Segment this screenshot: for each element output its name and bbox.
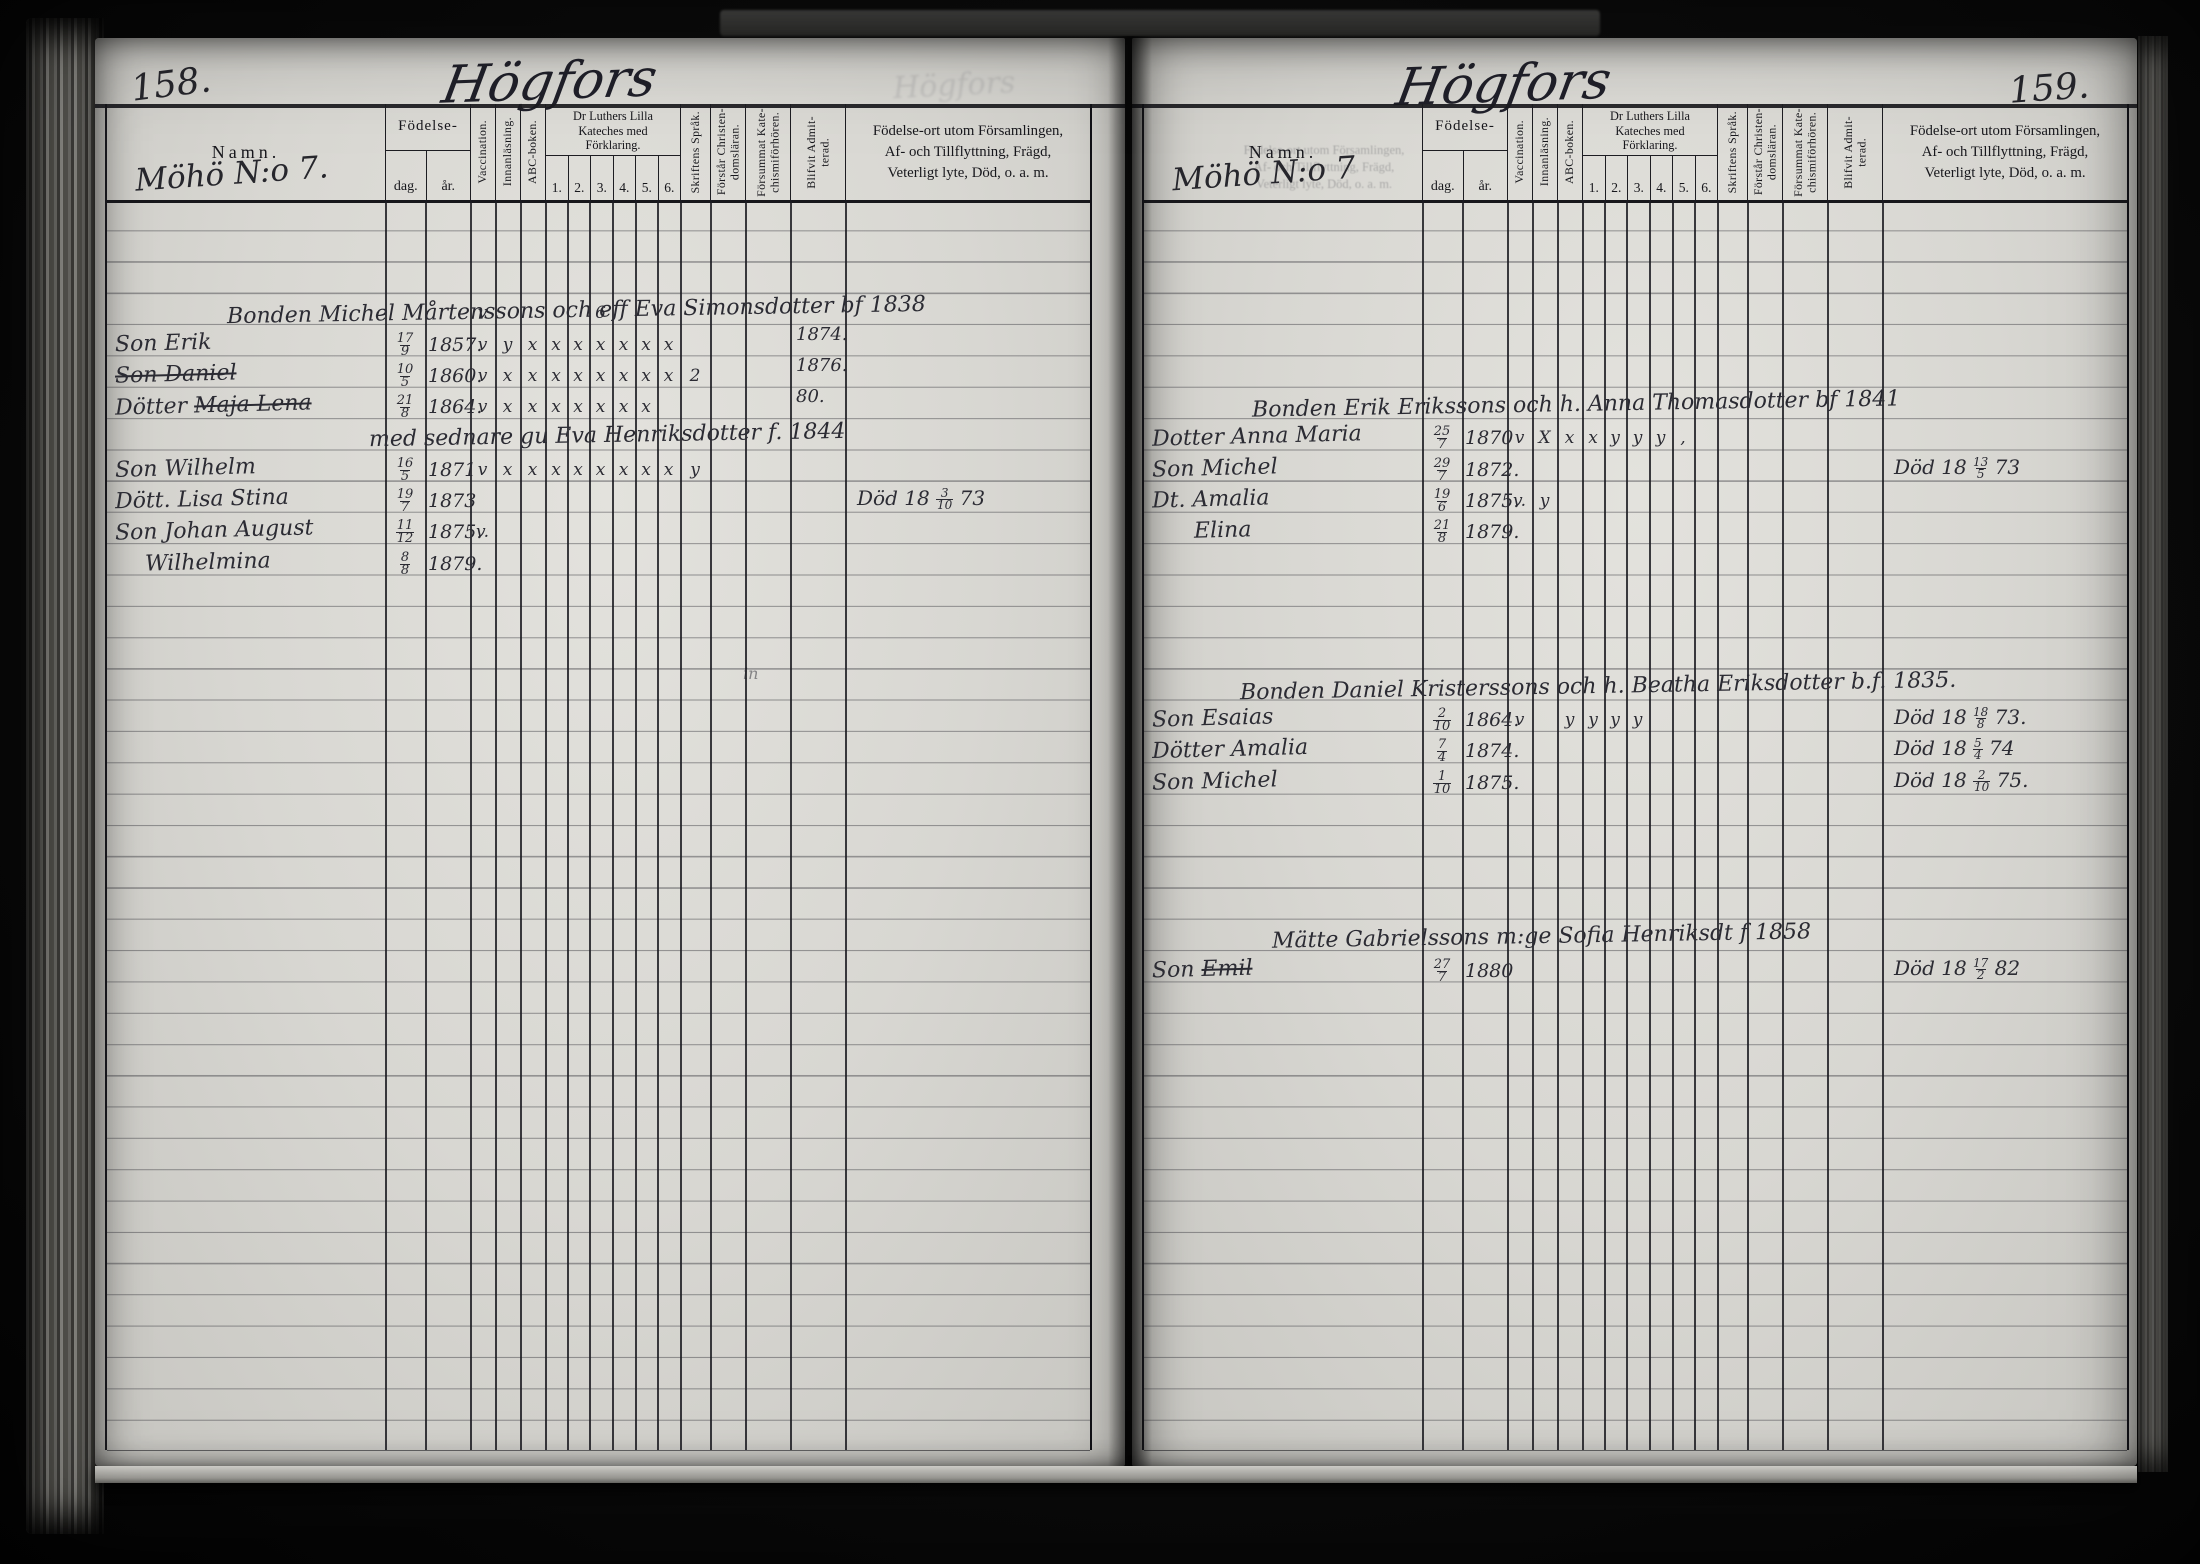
birth-year-entry: 1871 <box>428 459 473 481</box>
catechism-col: 6. <box>1695 156 1718 200</box>
book-spine-page-edges <box>26 18 104 1534</box>
birth-day-entry: 105 <box>385 364 425 389</box>
catechism-col: 3. <box>590 156 613 200</box>
column-rule <box>589 200 591 1450</box>
family-header-entry: med sednare gu Eva Henriksdotter f. 1844 <box>369 419 846 452</box>
person-name-entry: Son Esaias <box>1152 705 1274 733</box>
column-rule <box>1717 200 1719 1450</box>
col-header-admitted: Blifvit Admit- terad. <box>1827 104 1882 200</box>
date-fraction: 172 <box>1973 958 1988 981</box>
catechism-title: Dr Luthers Lilla Kateches med Förklaring… <box>1583 104 1717 156</box>
book-gutter-shadow <box>1108 36 1152 1468</box>
date-fraction: 179 <box>397 333 414 358</box>
remarks-line: Veterligt lyte, Död, o. a. m. <box>1924 163 2085 184</box>
death-note: Död 18 188 73. <box>1894 705 2027 730</box>
column-rule <box>635 200 637 1450</box>
grade-mark: x <box>567 460 589 480</box>
grade-mark: x <box>495 397 520 417</box>
col-header-remarks: Födelse-ort utom Församlingen,Af- och Ti… <box>1882 104 2127 200</box>
column-rule <box>495 200 497 1450</box>
catechism-col: 2. <box>568 156 591 200</box>
catechism-subcols: 1.2.3.4.5.6. <box>1583 156 1717 200</box>
catechism-col: 1. <box>546 156 568 200</box>
birth-year-entry: 1879. <box>1465 521 1510 543</box>
page-left: 158. Högfors Högfors Möhö N:o 7. in Namn… <box>95 38 1125 1466</box>
date-fraction: 188 <box>1973 707 1988 730</box>
date-fraction: 257 <box>1434 426 1451 451</box>
death-note: Död 18 310 73 <box>857 486 985 511</box>
catechism-col: 4. <box>1650 156 1673 200</box>
birth-day-entry: 110 <box>1422 771 1462 796</box>
birth-year-entry: 1875. <box>428 521 473 543</box>
remarks-line: Födelse-ort utom Församlingen, <box>1910 121 2100 142</box>
catechism-col: 1. <box>1583 156 1605 200</box>
column-rule <box>1582 200 1584 1450</box>
birth-subheader: dag.år. <box>386 151 470 200</box>
grade-mark: x <box>495 366 520 386</box>
column-rule <box>790 200 792 1450</box>
person-name-entry: Son Emil <box>1152 955 1253 983</box>
birth-day-entry: 210 <box>1422 708 1462 733</box>
grade-mark: x <box>657 460 680 480</box>
catechism-col: 6. <box>658 156 681 200</box>
grade-mark: x <box>635 366 657 386</box>
grade-mark: v <box>470 335 495 355</box>
grade-mark: x <box>612 335 635 355</box>
remarks-line: Af- och Tillflyttning, Frägd, <box>1922 142 2088 163</box>
column-rule <box>612 200 614 1450</box>
person-name-entry: Dotter Anna Maria <box>1152 422 1362 452</box>
column-rule <box>710 200 712 1450</box>
grade-mark: x <box>635 335 657 355</box>
remarks-line: Af- och Tillflyttning, Frägd, <box>885 142 1051 163</box>
grade-mark: x <box>612 460 635 480</box>
grade-mark: x <box>635 460 657 480</box>
birth-day-entry: 257 <box>1422 426 1462 451</box>
column-rule <box>1747 200 1749 1450</box>
catechism-col: 3. <box>1627 156 1650 200</box>
grade-mark: v. <box>470 522 495 542</box>
column-rule <box>1604 200 1606 1450</box>
person-name-entry: Son Wilhelm <box>115 454 256 483</box>
person-name-entry: Dt. Amalia <box>1152 485 1270 513</box>
birth-day-entry: 74 <box>1422 739 1462 764</box>
column-rule <box>1649 200 1651 1450</box>
birth-year-entry: 1875. <box>1465 490 1510 512</box>
family-header-entry: Bonden Daniel Kristerssons och h. Beatha… <box>1240 668 1957 705</box>
date-fraction: 135 <box>1973 457 1988 480</box>
table-body: Bonden Erik Erikssons och h. Anna Thomas… <box>1144 200 2127 1451</box>
register-table-left: Namn.Födelse-dag.år.Vaccination.Innanläs… <box>105 104 1092 1450</box>
column-rule <box>567 200 569 1450</box>
grade-mark: x <box>545 460 567 480</box>
grade-mark: x <box>657 366 680 386</box>
col-header-missed-exams: Försummat Kate- chismiförhören. <box>745 104 790 200</box>
person-name-entry: Dötter Maja Lena <box>115 391 312 421</box>
birth-day-label: dag. <box>386 151 426 200</box>
grade-mark: v <box>470 397 495 417</box>
grade-mark: y <box>680 460 710 480</box>
date-fraction: 310 <box>936 488 953 511</box>
book-top-edge <box>720 10 1600 36</box>
birth-year-entry: 1873 <box>428 490 473 512</box>
grade-mark: y <box>1626 428 1649 448</box>
grade-mark: x <box>520 366 545 386</box>
col-header-catechism: Dr Luthers Lilla Kateches med Förklaring… <box>1582 104 1717 200</box>
date-fraction: 54 <box>1973 738 1983 761</box>
family-header-entry: Bonden Erik Erikssons och h. Anna Thomas… <box>1252 386 1901 422</box>
column-rule <box>1672 200 1674 1450</box>
col-header-birth: Födelse-dag.år. <box>385 104 470 200</box>
person-name-entry: Wilhelmina <box>145 548 271 576</box>
date-fraction: 165 <box>397 458 414 483</box>
grade-mark: , <box>1672 428 1694 448</box>
grade-mark: y <box>1604 710 1626 730</box>
grade-mark: y <box>495 335 520 355</box>
grade-mark: x <box>589 366 612 386</box>
person-name-entry: Son Michel <box>1152 454 1278 482</box>
catechism-subcols: 1.2.3.4.5.6. <box>546 156 680 200</box>
grade-mark: x <box>520 397 545 417</box>
birth-year-entry: 1860. <box>428 365 473 387</box>
birth-year-entry: 1864. <box>428 396 473 418</box>
birth-day-entry: 277 <box>1422 959 1462 984</box>
person-name-entry: Elina <box>1194 518 1252 544</box>
grade-mark: x <box>589 335 612 355</box>
grade-mark: y <box>1582 710 1604 730</box>
column-rule <box>745 200 747 1450</box>
grade-mark: x <box>589 397 612 417</box>
col-header-reading: Innanläsning. <box>495 104 520 200</box>
column-rule <box>545 200 547 1450</box>
birth-year-entry: 1875. <box>1465 772 1510 794</box>
birth-year-label: år. <box>426 151 470 200</box>
column-rule <box>1507 200 1509 1450</box>
date-fraction: 110 <box>1433 771 1452 796</box>
remarks-line: Födelse-ort utom Församlingen, <box>873 121 1063 142</box>
column-rule <box>1557 200 1559 1450</box>
birth-day-entry: 218 <box>1422 520 1462 545</box>
column-rule <box>425 200 427 1450</box>
grade-mark: y <box>1532 491 1557 511</box>
birth-day-entry: 1112 <box>385 520 425 545</box>
family-header-entry: Mätte Gabrielssons m:ge Sofia Henriksdt … <box>1272 919 1811 953</box>
column-rule <box>1422 200 1424 1450</box>
catechism-title: Dr Luthers Lilla Kateches med Förklaring… <box>546 104 680 156</box>
grade-mark: x <box>545 366 567 386</box>
grade-mark: y <box>1649 428 1672 448</box>
remarks-line: Veterligt lyte, Död, o. a. m. <box>887 163 1048 184</box>
birth-day-entry: 88 <box>385 552 425 577</box>
ghost-title-bleedthrough: Högfors <box>892 65 1016 106</box>
grade-mark: y <box>1604 428 1626 448</box>
grade-mark: x <box>612 366 635 386</box>
register-table-right: Namn.Födelse-dag.år.Vaccination.Innanläs… <box>1142 104 2129 1450</box>
grade-mark: x <box>545 397 567 417</box>
column-rule <box>470 200 472 1450</box>
catechism-col: 2. <box>1605 156 1628 200</box>
birth-year-entry: 1870 <box>1465 427 1510 449</box>
page-right: 159. Högfors Möhö N:o 7 Födelse-ort utom… <box>1132 38 2137 1466</box>
date-fraction: 277 <box>1434 959 1451 984</box>
grade-mark: v. <box>1507 491 1532 511</box>
admitted-year-entry: 80. <box>796 386 825 407</box>
birth-year-entry: 1864. <box>1465 709 1510 731</box>
grade-mark: y <box>1557 710 1582 730</box>
birth-year-entry: 1880 <box>1465 960 1510 982</box>
col-header-abc-book: ABC-boken. <box>1557 104 1582 200</box>
col-header-admitted: Blifvit Admit- terad. <box>790 104 845 200</box>
grade-mark: x <box>495 460 520 480</box>
column-rule <box>1694 200 1696 1450</box>
birth-day-entry: 165 <box>385 458 425 483</box>
grade-mark: x <box>545 335 567 355</box>
grade-mark: v <box>1507 710 1532 730</box>
date-fraction: 210 <box>1973 770 1990 793</box>
death-note: Död 18 54 74 <box>1894 736 2015 761</box>
col-header-missed-exams: Försummat Kate- chismiförhören. <box>1782 104 1827 200</box>
col-header-abc-book: ABC-boken. <box>520 104 545 200</box>
grade-mark: x <box>567 335 589 355</box>
catechism-col: 5. <box>635 156 658 200</box>
date-fraction: 218 <box>1434 520 1451 545</box>
date-fraction: 197 <box>397 489 414 514</box>
grade-mark: 2 <box>680 366 710 386</box>
birth-label: Födelse- <box>386 104 470 151</box>
column-rule <box>657 200 659 1450</box>
grade-mark: 6 <box>589 303 612 323</box>
grade-mark: x <box>635 397 657 417</box>
column-rule <box>520 200 522 1450</box>
admitted-year-entry: 1874. <box>796 324 848 345</box>
birth-day-entry: 196 <box>1422 489 1462 514</box>
date-fraction: 196 <box>1434 489 1451 514</box>
grade-mark: x <box>520 460 545 480</box>
birth-day-entry: 218 <box>385 395 425 420</box>
date-fraction: 210 <box>1433 708 1452 733</box>
grade-mark: v <box>1507 428 1532 448</box>
person-name-entry: Son Erik <box>115 329 212 357</box>
birth-year-entry: 1872. <box>1465 459 1510 481</box>
col-header-remarks: Födelse-ort utom Församlingen,Af- och Ti… <box>845 104 1090 200</box>
birth-year-entry: 1879. <box>428 553 473 575</box>
birth-day-entry: 197 <box>385 489 425 514</box>
grade-mark: v <box>470 366 495 386</box>
person-name-entry: Son Daniel <box>115 360 237 388</box>
grade-mark: x <box>612 397 635 417</box>
col-header-reading: Innanläsning. <box>1532 104 1557 200</box>
date-fraction: 88 <box>400 552 410 577</box>
birth-year-entry: 1874. <box>1465 740 1510 762</box>
column-rule <box>1532 200 1534 1450</box>
grade-mark: x <box>567 397 589 417</box>
col-header-catechism: Dr Luthers Lilla Kateches med Förklaring… <box>545 104 680 200</box>
book-right-page-edges <box>2138 36 2168 1472</box>
column-rule <box>1462 200 1464 1450</box>
date-fraction: 297 <box>1434 458 1451 483</box>
grade-mark: x <box>1582 428 1604 448</box>
grade-mark: y <box>1626 710 1649 730</box>
person-name-entry: Son Michel <box>1152 767 1278 795</box>
death-note: Död 18 210 75. <box>1894 768 2029 793</box>
page-bottom-edge <box>95 1466 2137 1483</box>
grade-mark: v <box>470 303 495 323</box>
scanned-register-spread: 158. Högfors Högfors Möhö N:o 7. in Namn… <box>0 0 2200 1564</box>
col-header-vaccination: Vaccination. <box>470 104 495 200</box>
grade-mark: v <box>470 460 495 480</box>
admitted-year-entry: 1876. <box>796 355 848 376</box>
date-fraction: 218 <box>397 395 414 420</box>
grade-mark: x <box>1557 428 1582 448</box>
column-rule <box>1626 200 1628 1450</box>
catechism-col: 5. <box>1672 156 1695 200</box>
col-header-understands-doctrine: Förstår Christen- domsläran. <box>1747 104 1782 200</box>
column-rule <box>845 200 847 1450</box>
grade-mark: x <box>657 335 680 355</box>
death-note: Död 18 172 82 <box>1894 956 2020 981</box>
grade-mark: X <box>1532 428 1557 448</box>
date-fraction: 105 <box>397 364 414 389</box>
grade-mark: x <box>589 460 612 480</box>
death-note: Död 18 135 73 <box>1894 455 2020 480</box>
catechism-col: 4. <box>613 156 636 200</box>
date-fraction: 1112 <box>396 520 415 545</box>
col-header-vaccination: Vaccination. <box>1507 104 1532 200</box>
grade-mark: x <box>567 366 589 386</box>
birth-year-entry: 1857. <box>428 334 473 356</box>
col-header-understands-doctrine: Förstår Christen- domsläran. <box>710 104 745 200</box>
table-body: Bonden Michel Mårtenssons och eff Eva Si… <box>107 200 1090 1451</box>
date-fraction: 74 <box>1437 739 1447 764</box>
grade-mark: x <box>520 335 545 355</box>
person-name-entry: Son Johan August <box>115 516 314 546</box>
person-name-entry: Dötter Amalia <box>1152 735 1309 764</box>
birth-day-entry: 297 <box>1422 458 1462 483</box>
birth-day-entry: 179 <box>385 333 425 358</box>
col-header-scripture: Skriftens Språk. <box>680 104 710 200</box>
person-name-entry: Dött. Lisa Stina <box>115 485 289 515</box>
column-rule <box>680 200 682 1450</box>
col-header-scripture: Skriftens Språk. <box>1717 104 1747 200</box>
